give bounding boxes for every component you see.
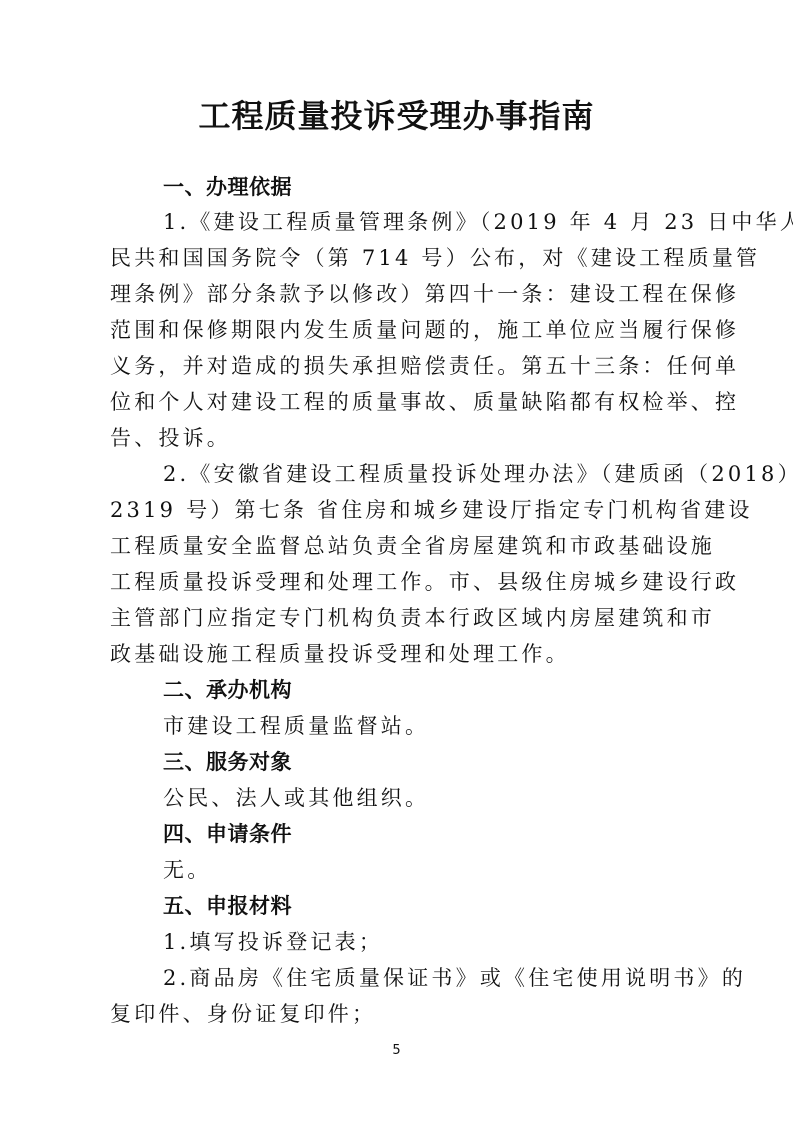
paragraph-line: 公民、法人或其他组织。: [163, 783, 429, 813]
section-heading-conditions: 四、申请条件: [163, 819, 292, 849]
paragraph-line: 2.商品房《住宅质量保证书》或《住宅使用说明书》的: [163, 963, 746, 993]
paragraph-line: 市建设工程质量监督站。: [163, 711, 429, 741]
paragraph-line: 工程质量投诉受理和处理工作。市、县级住房城乡建设行政: [110, 567, 739, 597]
document-title: 工程质量投诉受理办事指南: [0, 96, 793, 136]
paragraph-line: 范围和保修期限内发生质量问题的，施工单位应当履行保修: [110, 315, 739, 345]
paragraph-line: 复印件、身份证复印件；: [110, 999, 376, 1029]
paragraph-line: 义务，并对造成的损失承担赔偿责任。第五十三条：任何单: [110, 351, 739, 381]
paragraph-line: 政基础设施工程质量投诉受理和处理工作。: [110, 639, 570, 669]
paragraph-line: 2.《安徽省建设工程质量投诉处理办法》（建质函（2018）: [163, 459, 793, 489]
paragraph-line: 2319 号）第七条 省住房和城乡建设厅指定专门机构省建设: [110, 495, 753, 525]
paragraph-line: 工程质量安全监督总站负责全省房屋建筑和市政基础设施: [110, 531, 715, 561]
page-number: 5: [0, 1043, 793, 1058]
paragraph-line: 位和个人对建设工程的质量事故、质量缺陷都有权检举、控: [110, 387, 739, 417]
paragraph-line: 1.《建设工程质量管理条例》（2019 年 4 月 23 日中华人: [163, 207, 793, 237]
paragraph-line: 理条例》部分条款予以修改）第四十一条：建设工程在保修: [110, 279, 739, 309]
section-heading-materials: 五、申报材料: [163, 891, 292, 921]
paragraph-line: 民共和国国务院令（第 714 号）公布，对《建设工程质量管: [110, 243, 760, 273]
paragraph-line: 告、投诉。: [110, 423, 231, 453]
section-heading-agency: 二、承办机构: [163, 675, 292, 705]
section-heading-audience: 三、服务对象: [163, 747, 292, 777]
paragraph-line: 无。: [163, 855, 211, 885]
paragraph-line: 主管部门应指定专门机构负责本行政区域内房屋建筑和市: [110, 603, 715, 633]
section-heading-basis: 一、办理依据: [163, 172, 292, 202]
paragraph-line: 1.填写投诉登记表；: [163, 927, 383, 957]
